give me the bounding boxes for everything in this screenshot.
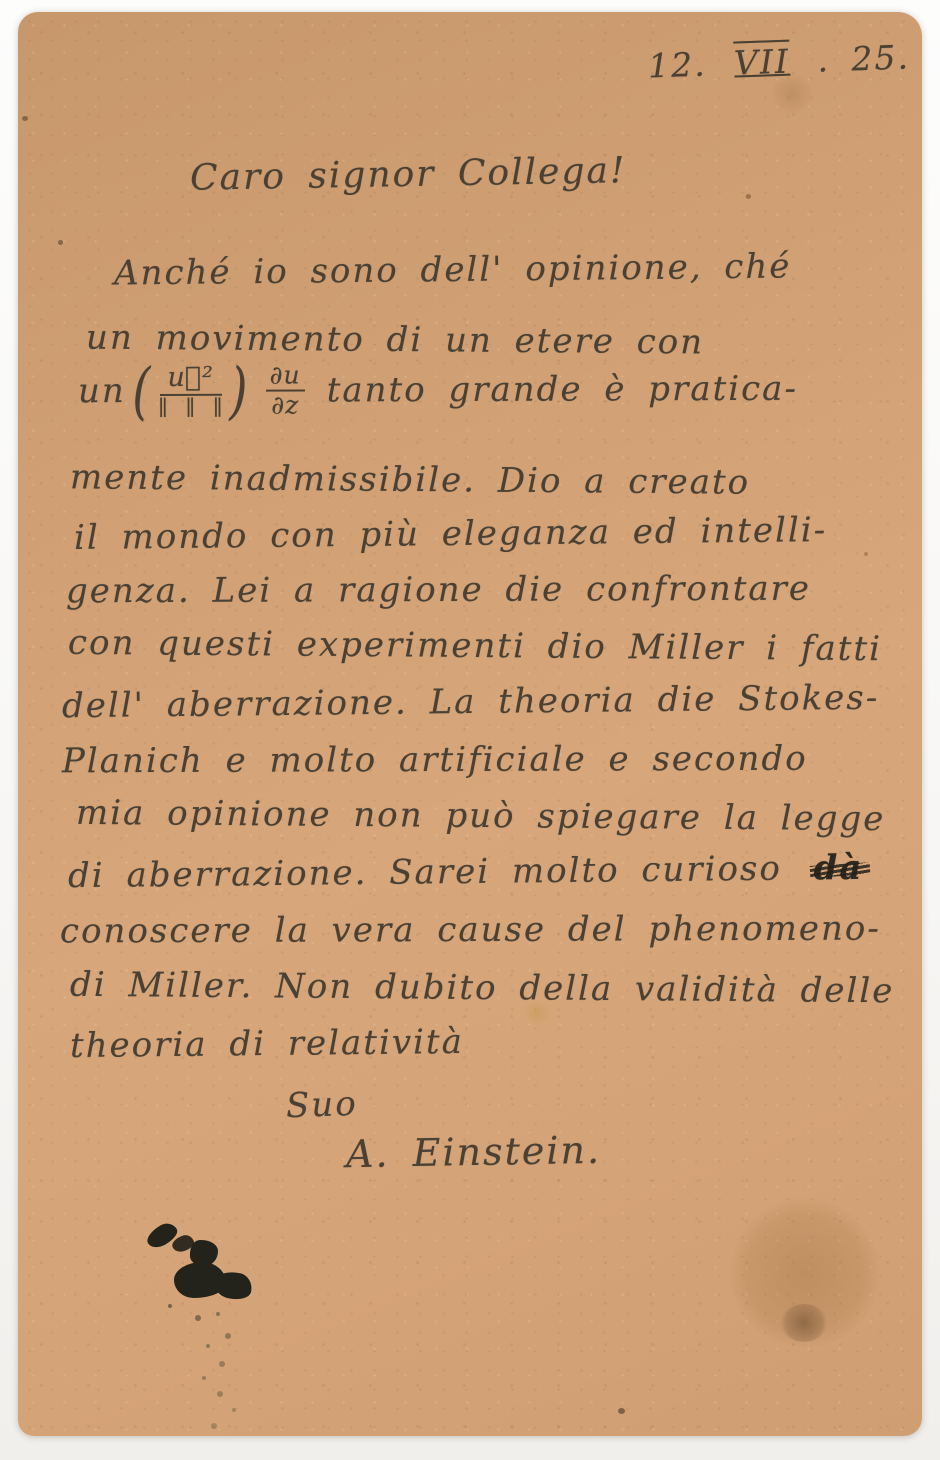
paper-fleck [618,1408,625,1414]
paper-fleck [58,240,63,245]
body-line: di Miller. Non dubito della validità del… [70,965,895,1012]
open-paren: ( [132,363,152,419]
body-line: un movimento di un etere con [86,318,704,364]
postcard: 12. VII . 25. Caro signor Collega! Anché… [18,12,922,1436]
formula-line: un ( u⃗² ∥ ∥ ∥ ) ∂u ∂z tanto grande è pr… [78,361,798,420]
fraction-numerator: u⃗² [159,363,222,396]
derivative-denominator: ∂z [271,392,299,419]
date-day: 12. [647,45,707,86]
formula-tail: tanto grande è pratica- [327,369,798,411]
scan-background: 12. VII . 25. Caro signor Collega! Anché… [0,0,940,1460]
formula-fraction: u⃗² ∥ ∥ ∥ [158,363,224,419]
paper-stain [523,1000,551,1026]
paper-stain [780,1304,828,1342]
body-line: dell' aberrazione. La theoria die Stokes… [62,678,880,727]
paper-fleck [22,116,28,121]
paper-fleck [864,552,868,556]
body-line: con questi experimenti dio Miller i fatt… [68,623,882,670]
signature: A. Einstein. [346,1128,602,1176]
partial-derivative-fraction: ∂u ∂z [266,362,305,419]
derivative-numerator: ∂u [266,362,305,391]
scribbled-word: dà [813,848,863,889]
body-line: conoscere la vera cause del phenomeno- [60,909,881,953]
body-line: theoria di relatività [70,1022,464,1067]
body-line: genza. Lei a ragione die confrontare [66,569,811,612]
close-paren: ) [230,363,250,419]
valediction: Suo [285,1084,358,1126]
ink-blot [128,1212,288,1422]
body-line: Anché io sono dell' opinione, ché [114,246,792,294]
body-line: di aberrazione. Sarei molto curioso dà [68,848,864,897]
body-line: il mondo con più eleganza ed intelli- [74,510,828,559]
body-line: Planich e molto artificiale e secondo [62,739,808,782]
fraction-denominator: ∥ ∥ ∥ [158,396,224,419]
ink-splatter-specks [168,1304,172,1308]
body-line: mia opinione non può spiegare la legge [76,793,886,840]
formula-prefix: un [78,371,126,412]
date-year: . 25. [817,37,911,79]
salutation: Caro signor Collega! [190,150,627,199]
body-line-text: di aberrazione. Sarei molto curioso [68,849,782,896]
paper-stain [770,72,814,116]
paper-fleck [746,194,751,199]
body-line: mente inadmissibile. Dio a creato [70,457,750,503]
